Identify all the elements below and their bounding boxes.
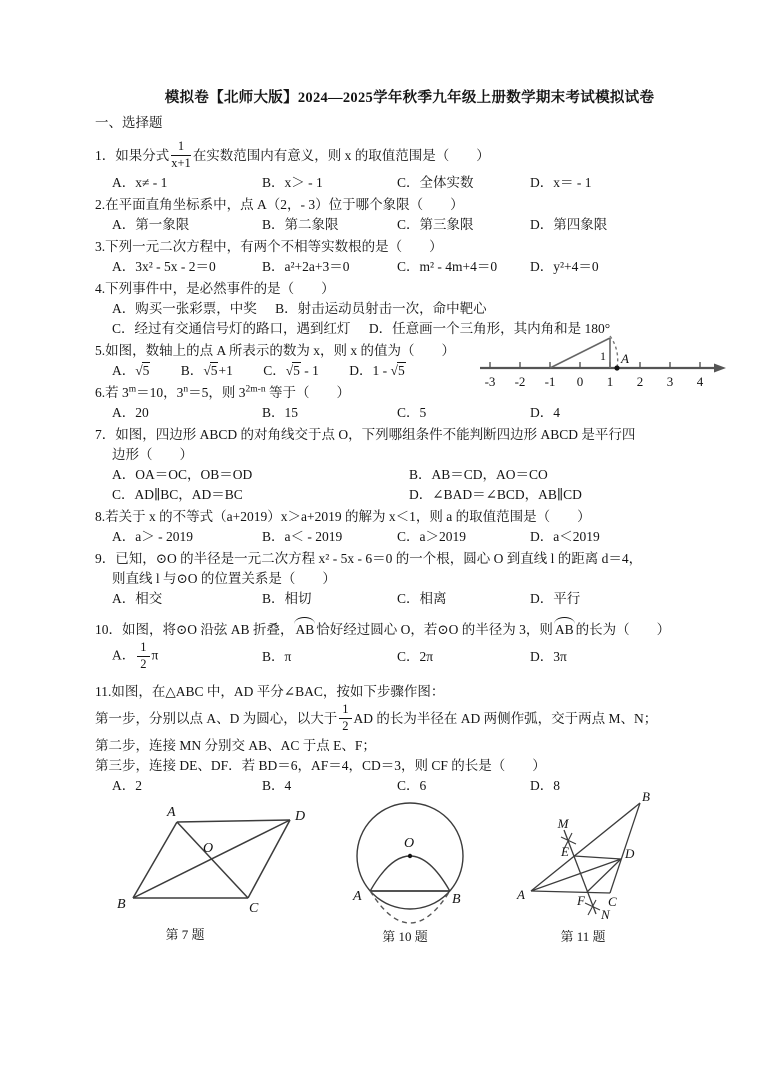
tick-label: 1 <box>607 374 614 389</box>
fig7-label-d: D <box>294 809 305 824</box>
q10-options: A．12π B．π C．2π D．3π <box>95 640 724 674</box>
q4-option-c: C．经过有交通信号灯的路口，遇到红灯 <box>112 319 351 339</box>
q6-option-c: C．5 <box>397 403 530 423</box>
q11-option-b: B．4 <box>262 776 397 796</box>
section-heading: 一、选择题 <box>95 113 724 133</box>
q10-option-a: A．12π <box>112 642 262 671</box>
q11-step-1: 第一步，分别以点 A、D 为圆心，以大于12AD 的长为半径在 AD 两侧作弧，… <box>95 702 724 736</box>
question-9: 9．已知，⊙O 的半径是一元二次方程 x² - 5x - 6＝0 的一个根，圆心… <box>95 549 724 609</box>
fig11-label-n: N <box>600 907 611 922</box>
q4-stem: 4.下列事件中，是必然事件的是（ ） <box>95 279 724 299</box>
q9-option-c: C．相离 <box>397 589 530 609</box>
fig10-label-b: B <box>452 892 461 907</box>
circle-fold-figure: O A B <box>335 799 485 929</box>
q10-option-b: B．π <box>262 647 397 667</box>
question-3: 3.下列一元二次方程中，有两个不相等实数根的是（ ） A．3x² - 5x - … <box>95 237 724 277</box>
q1-stem: 1．如果分式1x+1在实数范围内有意义，则 x 的取值范围是（ ） <box>95 139 724 173</box>
fig11-label-f: F <box>576 893 586 908</box>
point-a-dot <box>614 365 619 370</box>
q9-option-a: A．相交 <box>112 589 262 609</box>
q1-option-c: C．全体实数 <box>397 173 530 193</box>
q10-stem: 10．如图，将⊙O 沿弦 AB 折叠，AB恰好经过圆心 O，若⊙O 的半径为 3… <box>95 617 724 640</box>
fig7-caption: 第 7 题 <box>125 926 245 944</box>
q2-option-a: A．第一象限 <box>112 215 262 235</box>
tick-label: -1 <box>545 374 556 389</box>
q7-option-d: D．∠BAD＝∠BCD，AB∥CD <box>409 485 724 505</box>
q8-option-c: C．a＞2019 <box>397 527 530 547</box>
tick-label: -3 <box>485 374 496 389</box>
q7-stem-line1: 7．如图，四边形 ABCD 的对角线交于点 O，下列哪组条件不能判断四边形 AB… <box>95 425 724 445</box>
center-dot <box>408 854 412 858</box>
fig11-label-a: A <box>516 887 525 902</box>
question-1: 1．如果分式1x+1在实数范围内有意义，则 x 的取值范围是（ ） A．x≠ -… <box>95 139 724 193</box>
q4-options-row-1: A．购买一张彩票，中奖 B．射击运动员射击一次，命中靶心 <box>95 299 724 319</box>
q5-option-d: D．1 - √5 <box>349 361 405 381</box>
tick-label: 0 <box>577 374 584 389</box>
question-11: 11.如图，在△ABC 中，AD 平分∠BAC，按如下步骤作图： 第一步，分别以… <box>95 682 724 796</box>
fig10-label-o: O <box>404 836 414 851</box>
q9-option-b: B．相切 <box>262 589 397 609</box>
fig7-label-o: O <box>203 841 213 856</box>
q3-options: A．3x² - 5x - 2＝0 B．a²+2a+3＝0 C．m² - 4m+4… <box>95 257 724 277</box>
q1-options: A．x≠ - 1 B．x＞ - 1 C．全体实数 D．x＝ - 1 <box>95 173 724 193</box>
q1-option-a: A．x≠ - 1 <box>112 173 262 193</box>
q1-option-b: B．x＞ - 1 <box>262 173 397 193</box>
q7-options: A．OA＝OC，OB＝OD B．AB＝CD，AO＝CO C．AD∥BC，AD＝B… <box>95 465 724 505</box>
q7-stem-line2: 边形（ ） <box>95 445 724 465</box>
q8-option-a: A．a＞ - 2019 <box>112 527 262 547</box>
tick-label: 2 <box>637 374 644 389</box>
fig11-caption: 第 11 题 <box>523 928 643 946</box>
fig7-label-c: C <box>249 901 259 916</box>
question-7: 7．如图，四边形 ABCD 的对角线交于点 O，下列哪组条件不能判断四边形 AB… <box>95 425 724 505</box>
folded-arc <box>370 856 450 891</box>
triangle-height-label: 1 <box>600 349 606 363</box>
q9-options: A．相交 B．相切 C．相离 D．平行 <box>95 589 724 609</box>
q7-option-c: C．AD∥BC，AD＝BC <box>112 485 409 505</box>
q10-option-c: C．2π <box>397 647 530 667</box>
fig11-label-e: E <box>560 844 569 859</box>
q3-stem: 3.下列一元二次方程中，有两个不相等实数根的是（ ） <box>95 237 724 257</box>
q3-option-a: A．3x² - 5x - 2＝0 <box>112 257 262 277</box>
q9-option-d: D．平行 <box>530 589 724 609</box>
q4-option-a: A．购买一张彩票，中奖 <box>112 299 257 319</box>
q8-options: A．a＞ - 2019 B．a＜ - 2019 C．a＞2019 D．a＜201… <box>95 527 724 547</box>
fig10-label-a: A <box>352 889 362 904</box>
q8-stem: 8.若关于 x 的不等式（a+2019）x＞a+2019 的解为 x＜1，则 a… <box>95 507 724 527</box>
fig7-label-a: A <box>166 805 176 820</box>
q10-option-d: D．3π <box>530 647 724 667</box>
exam-content: 模拟卷【北师大版】2024—2025学年秋季九年级上册数学期末考试模拟试卷 一、… <box>0 0 764 796</box>
tick-label: -2 <box>515 374 526 389</box>
q2-option-c: C．第三象限 <box>397 215 530 235</box>
q6-options: A．20 B．15 C．5 D．4 <box>95 403 724 423</box>
original-arc-dashed <box>370 891 450 923</box>
tick-label: 4 <box>697 374 704 389</box>
q11-option-a: A．2 <box>112 776 262 796</box>
q9-stem-line2: 则直线 l 与⊙O 的位置关系是（ ） <box>95 569 724 589</box>
q2-options: A．第一象限 B．第二象限 C．第三象限 D．第四象限 <box>95 215 724 235</box>
q9-stem-line1: 9．已知，⊙O 的半径是一元二次方程 x² - 5x - 6＝0 的一个根，圆心… <box>95 549 724 569</box>
question-2: 2.在平面直角坐标系中，点 A（2，- 3）位于哪个象限（ ） A．第一象限 B… <box>95 195 724 235</box>
q2-option-d: D．第四象限 <box>530 215 724 235</box>
question-8: 8.若关于 x 的不等式（a+2019）x＞a+2019 的解为 x＜1，则 a… <box>95 507 724 547</box>
point-a-label: A <box>620 351 629 366</box>
q7-option-a: A．OA＝OC，OB＝OD <box>112 465 409 485</box>
q6-option-d: D．4 <box>530 403 724 423</box>
fig11-label-d: D <box>624 846 635 861</box>
q4-option-b: B．射击运动员射击一次，命中靶心 <box>275 299 487 319</box>
q1-option-d: D．x＝ - 1 <box>530 173 724 193</box>
axis-arrow-icon <box>714 364 726 373</box>
tick-label: 3 <box>667 374 674 389</box>
q5-option-b: B．√5+1 <box>181 361 233 381</box>
q5-option-a: A．√5 <box>112 361 150 381</box>
axis-tick-labels: -3 -2 -1 0 1 2 3 4 <box>485 374 704 389</box>
page-title: 模拟卷【北师大版】2024—2025学年秋季九年级上册数学期末考试模拟试卷 <box>95 88 724 108</box>
triangle-construction-figure: M B E D A F C N <box>515 788 690 926</box>
q11-option-c: C．6 <box>397 776 530 796</box>
q3-option-b: B．a²+2a+3＝0 <box>262 257 397 277</box>
question-10: 10．如图，将⊙O 沿弦 AB 折叠，AB恰好经过圆心 O，若⊙O 的半径为 3… <box>95 617 724 674</box>
q6-option-a: A．20 <box>112 403 262 423</box>
exam-page: 模拟卷【北师大版】2024—2025学年秋季九年级上册数学期末考试模拟试卷 一、… <box>0 0 764 1080</box>
q11-step-3: 第三步，连接 DE、DF．若 BD＝6，AF＝4，CD＝3，则 CF 的长是（ … <box>95 756 724 776</box>
q2-option-b: B．第二象限 <box>262 215 397 235</box>
q5-option-c: C．√5 - 1 <box>263 361 319 381</box>
fig11-label-b: B <box>642 789 650 804</box>
q8-option-b: B．a＜ - 2019 <box>262 527 397 547</box>
q3-option-c: C．m² - 4m+4＝0 <box>397 257 530 277</box>
q2-stem: 2.在平面直角坐标系中，点 A（2，- 3）位于哪个象限（ ） <box>95 195 724 215</box>
fig7-label-b: B <box>117 897 126 912</box>
q7-option-b: B．AB＝CD，AO＝CO <box>409 465 724 485</box>
q11-step-2: 第二步，连接 MN 分别交 AB、AC 于点 E、F； <box>95 736 724 756</box>
number-line-figure: -3 -2 -1 0 1 2 3 4 1 A <box>478 330 730 394</box>
q3-option-d: D．y²+4＝0 <box>530 257 724 277</box>
fig10-caption: 第 10 题 <box>345 928 465 946</box>
compass-arc <box>610 336 618 368</box>
q6-option-b: B．15 <box>262 403 397 423</box>
q8-option-d: D．a＜2019 <box>530 527 724 547</box>
fig11-label-m: M <box>557 816 570 831</box>
q11-stem: 11.如图，在△ABC 中，AD 平分∠BAC，按如下步骤作图： <box>95 682 724 702</box>
quadrilateral-figure: A D B C O <box>115 798 325 916</box>
